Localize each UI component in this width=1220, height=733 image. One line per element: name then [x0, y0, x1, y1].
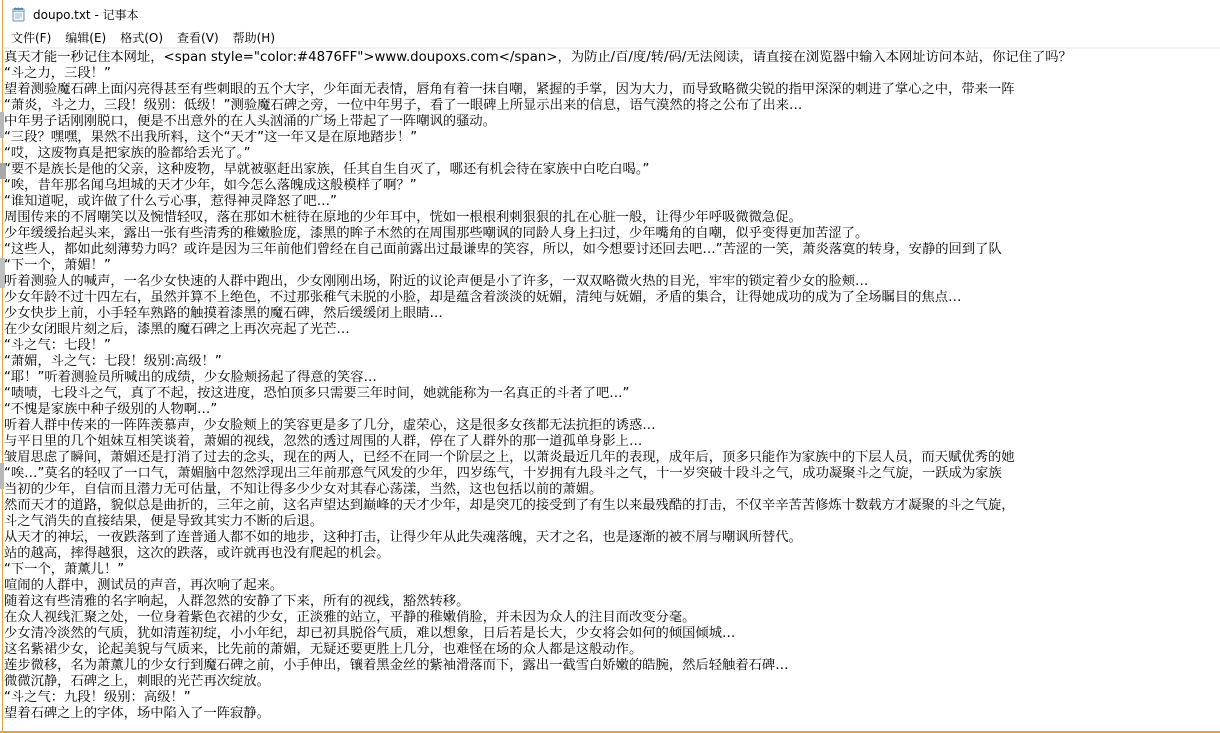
text-line: 然而天才的道路，貌似总是曲折的，三年之前，这名声望达到巅峰的天才少年，却是突兀的… [4, 498, 1220, 514]
text-line: 莲步微移，名为萧薰儿的少女行到魔石碑之前，小手伸出，镶着黑金丝的紫袖滑落而下，露… [4, 658, 1220, 674]
text-line: 周围传来的不屑嘲笑以及惋惜轻叹，落在那如木桩待在原地的少年耳中，恍如一根根利刺狠… [4, 210, 1220, 226]
text-line: 少女年龄不过十四左右，虽然并算不上绝色，不过那张稚气未脱的小脸，却是蕴含着淡淡的… [4, 290, 1220, 306]
window-title: doupo.txt - 记事本 [33, 6, 139, 23]
text-line: “耶！”听着测验员所喊出的成绩，少女脸颊扬起了得意的笑容… [4, 370, 1220, 386]
text-line: 听着人群中传来的一阵阵羡慕声，少女脸颊上的笑容更是多了几分，虚荣心，这是很多女孩… [4, 418, 1220, 434]
background-window-artifact [0, 163, 6, 179]
text-line: 少女清冷淡然的气质，犹如清莲初绽，小小年纪，却已初具脱俗气质，难以想象，日后若是… [4, 626, 1220, 642]
background-window-artifact [0, 112, 4, 138]
text-line: “萧媚，斗之气：七段！级别:高级！” [4, 354, 1220, 370]
text-line: “下一个，萧薰儿！” [4, 562, 1220, 578]
text-editor[interactable]: 真天才能一秒记住本网址，<span style="color:#4876FF">… [4, 50, 1220, 730]
menu-item-edit[interactable]: 编辑(E) [58, 27, 113, 48]
text-line: “斗之力，三段！” [4, 66, 1220, 82]
text-line: 这名紫裙少女，论起美貌与气质来，比先前的萧媚，无疑还要更胜上几分，也难怪在场的众… [4, 642, 1220, 658]
text-line: 在少女闭眼片刻之后，漆黑的魔石碑之上再次亮起了光芒… [4, 322, 1220, 338]
text-line: “啧啧，七段斗之气，真了不起，按这进度，恐怕顶多只需要三年时间，她就能称为一名真… [4, 386, 1220, 402]
background-window-artifact [0, 463, 4, 489]
menu-item-view[interactable]: 查看(V) [170, 27, 226, 48]
text-line: 斗之气消失的直接结果，便是导致其实力不断的后退。 [4, 514, 1220, 530]
text-line: “斗之气：七段！” [4, 338, 1220, 354]
text-line: 站的越高，摔得越狠，这次的跌落，或许就再也没有爬起的机会。 [4, 546, 1220, 562]
text-line: “唉，昔年那名闻乌坦城的天才少年，如今怎么落魄成这般模样了啊？” [4, 178, 1220, 194]
text-line: 少女快步上前，小手轻车熟路的触摸着漆黑的魔石碑，然后缓缓闭上眼睛… [4, 306, 1220, 322]
text-line: 中年男子话刚刚脱口，便是不出意外的在人头汹涌的广场上带起了一阵嘲讽的骚动。 [4, 114, 1220, 130]
text-line: “萧炎，斗之力，三段！级别：低级！”测验魔石碑之旁，一位中年男子，看了一眼碑上所… [4, 98, 1220, 114]
text-line: 听着测验人的喊声，一名少女快速的人群中跑出，少女刚刚出场，附近的议论声便是小了许… [4, 274, 1220, 290]
text-line: 当初的少年，自信而且潜力无可估量，不知让得多少少女对其春心荡漾，当然，这也包括以… [4, 482, 1220, 498]
text-line: 喧闹的人群中，测试员的声音，再次响了起来。 [4, 578, 1220, 594]
text-line: “斗之气：九段！级别：高级！” [4, 690, 1220, 706]
text-line: 微微沉静，石碑之上，刺眼的光芒再次绽放。 [4, 674, 1220, 690]
text-line: 在众人视线汇聚之处，一位身着紫色衣裙的少女，正淡雅的站立，平静的稚嫩俏脸，并未因… [4, 610, 1220, 626]
text-line: “哎，这废物真是把家族的脸都给丢光了。” [4, 146, 1220, 162]
text-line: 与平日里的几个姐妹互相笑谈着，萧媚的视线，忽然的透过周围的人群，停在了人群外的那… [4, 434, 1220, 450]
text-line: 望着石碑之上的字体，场中陷入了一阵寂静。 [4, 706, 1220, 722]
text-line: “不愧是家族中种子级别的人物啊…” [4, 402, 1220, 418]
text-line: 真天才能一秒记住本网址，<span style="color:#4876FF">… [4, 50, 1220, 66]
notepad-icon [11, 6, 27, 22]
text-line: “三段？嘿嘿，果然不出我所料，这个“天才”这一年又是在原地踏步！” [4, 130, 1220, 146]
text-line: 皱眉思虑了瞬间，萧媚还是打消了过去的念头，现在的两人，已经不在同一个阶层之上，以… [4, 450, 1220, 466]
notepad-window: doupo.txt - 记事本 文件(F)编辑(E)格式(O)查看(V)帮助(H… [0, 0, 1220, 733]
menu-item-file[interactable]: 文件(F) [4, 27, 58, 48]
menu-bar: 文件(F)编辑(E)格式(O)查看(V)帮助(H) [4, 28, 1220, 49]
text-line: “要不是族长是他的父亲，这种废物，早就被驱赶出家族，任其自生自灭了，哪还有机会待… [4, 162, 1220, 178]
background-window-artifact [0, 258, 5, 288]
text-line: “唉…”莫名的轻叹了一口气，萧媚脑中忽然浮现出三年前那意气风发的少年，四岁练气，… [4, 466, 1220, 482]
menu-item-format[interactable]: 格式(O) [113, 27, 170, 48]
title-bar[interactable]: doupo.txt - 记事本 [4, 0, 1220, 28]
text-line: “这些人，都如此刻薄势力吗？或许是因为三年前他们曾经在自己面前露出过最谦卑的笑容… [4, 242, 1220, 258]
text-line: “下一个，萧媚！” [4, 258, 1220, 274]
menu-item-help[interactable]: 帮助(H) [226, 27, 282, 48]
text-line: 望着测验魔石碑上面闪亮得甚至有些刺眼的五个大字，少年面无表情，唇角有着一抹自嘲，… [4, 82, 1220, 98]
text-line: 随着这有些清雅的名字响起，人群忽然的安静了下来，所有的视线，豁然转移。 [4, 594, 1220, 610]
screen-edge-left [2, 0, 3, 733]
text-line: 从天才的神坛，一夜跌落到了连普通人都不如的地步，这种打击，让得少年从此失魂落魄，… [4, 530, 1220, 546]
text-line: “谁知道呢，或许做了什么亏心事，惹得神灵降怒了吧…” [4, 194, 1220, 210]
text-line: 少年缓缓抬起头来，露出一张有些清秀的稚嫩脸庞，漆黑的眸子木然的在周围那些嘲讽的同… [4, 226, 1220, 242]
